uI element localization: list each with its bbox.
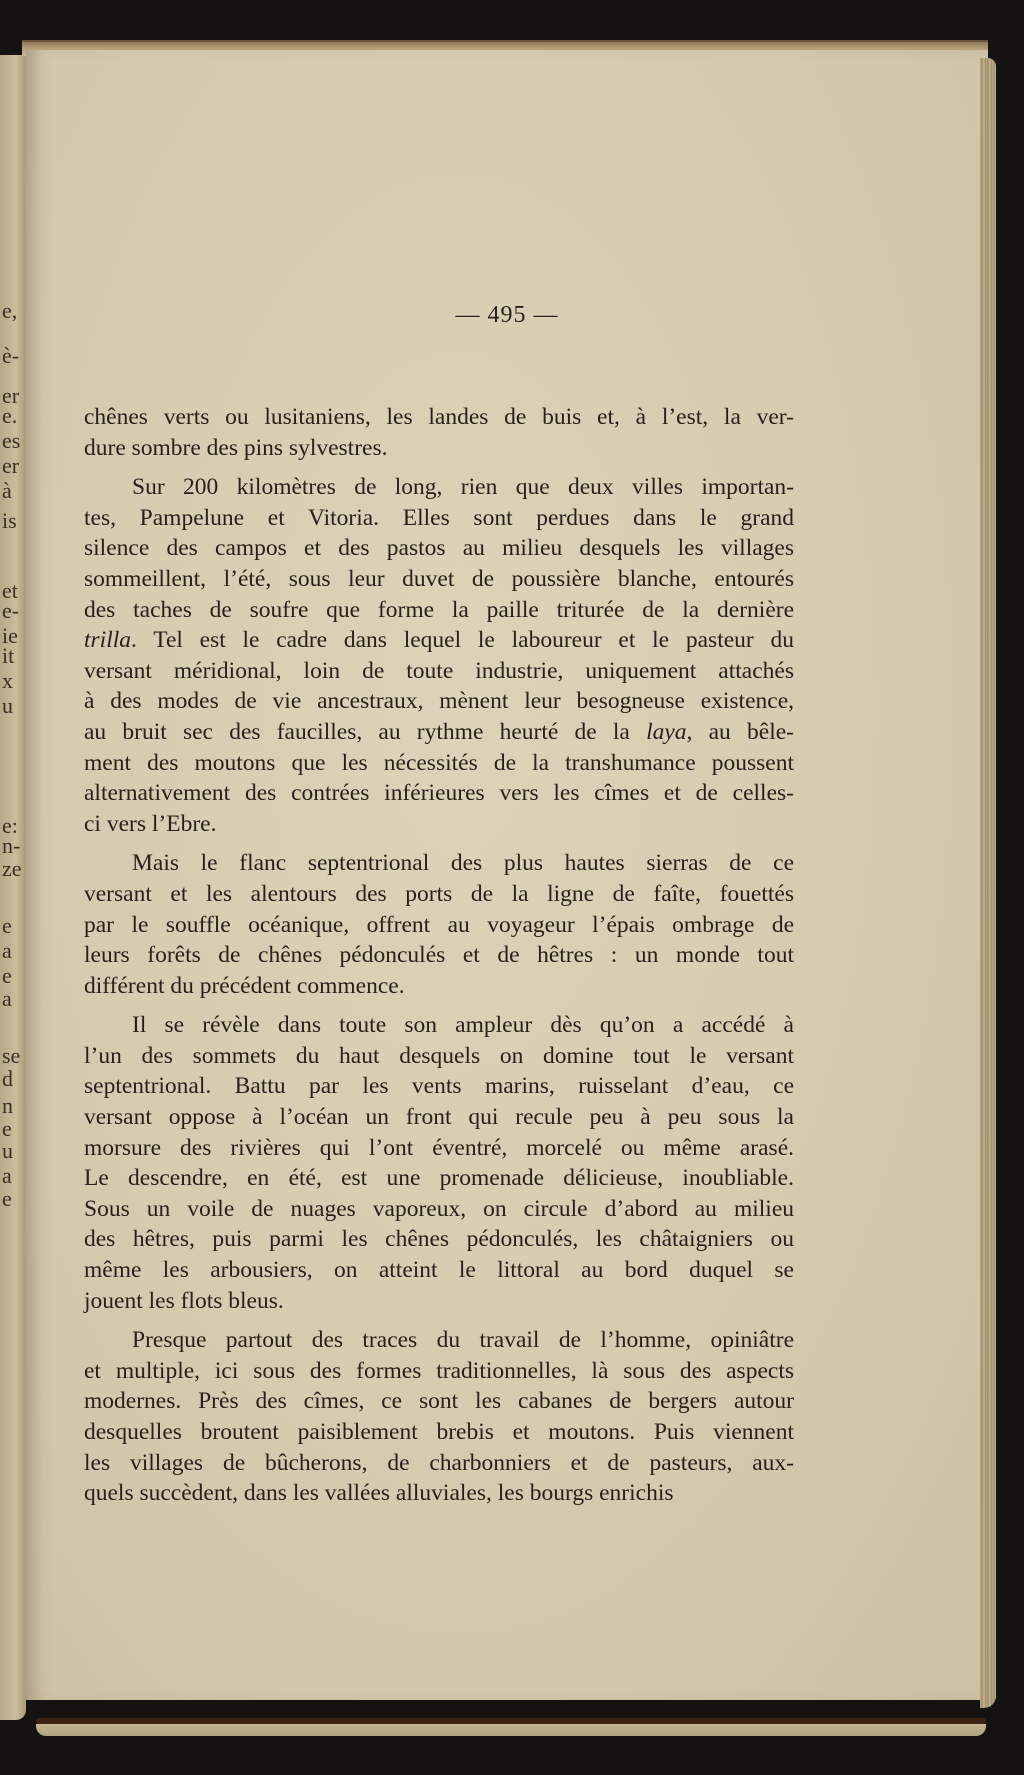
- text-line: morsure des rivières qui l’ont éventré, …: [84, 1133, 794, 1164]
- text-line: chênes verts ou lusitaniens, les landes …: [84, 402, 794, 433]
- text-line: sommeillent, l’été, sous leur duvet de p…: [84, 564, 794, 595]
- paragraph: Il se révèle dans toute son ampleur dès …: [84, 1010, 794, 1316]
- facing-text-fragment: u: [2, 1140, 13, 1162]
- text-line: Sur 200 kilomètres de long, rien que deu…: [84, 472, 794, 503]
- facing-text-fragment: e: [2, 915, 12, 937]
- text-line: à des modes de vie ancestraux, mènent le…: [84, 686, 794, 717]
- text-line: tes, Pampelune et Vitoria. Elles sont pe…: [84, 503, 794, 534]
- text-line: versant oppose à l’océan un front qui re…: [84, 1102, 794, 1133]
- facing-text-fragment: e-: [2, 600, 19, 622]
- text-line: ci vers l’Ebre.: [84, 809, 794, 840]
- facing-text-fragment: u: [2, 695, 13, 717]
- book-page: — 495 — chênes verts ou lusitaniens, les…: [26, 50, 988, 1700]
- facing-text-fragment: is: [2, 510, 17, 532]
- facing-text-fragment: er: [2, 455, 19, 477]
- text-line: différent du précédent commence.: [84, 971, 794, 1002]
- paragraph: chênes verts ou lusitaniens, les landes …: [84, 402, 794, 463]
- facing-text-fragment: e.: [2, 405, 17, 427]
- text-line: Le descendre, en été, est une promenade …: [84, 1163, 794, 1194]
- facing-text-fragment: x: [2, 670, 13, 692]
- paragraph: Mais le flanc septentrional des plus hau…: [84, 848, 794, 1001]
- text-line: même les arbousiers, on atteint le litto…: [84, 1255, 794, 1286]
- facing-text-fragment: n: [2, 1095, 13, 1117]
- text-line: jouent les flots bleus.: [84, 1286, 794, 1317]
- text-line: desquelles broutent paisiblement brebis …: [84, 1417, 794, 1448]
- page-bottom-edge: [36, 1724, 986, 1736]
- text-line: et multiple, ici sous des formes traditi…: [84, 1356, 794, 1387]
- text-line: Mais le flanc septentrional des plus hau…: [84, 848, 794, 879]
- body-text: chênes verts ou lusitaniens, les landes …: [84, 402, 794, 1518]
- text-line: versant méridional, loin de toute indust…: [84, 656, 794, 687]
- text-line: des hêtres, puis parmi les chênes pédonc…: [84, 1224, 794, 1255]
- paragraph: Sur 200 kilomètres de long, rien que deu…: [84, 472, 794, 839]
- facing-text-fragment: se: [2, 1045, 20, 1067]
- text-line: Il se révèle dans toute son ampleur dès …: [84, 1010, 794, 1041]
- text-line: Sous un voile de nuages vaporeux, on cir…: [84, 1194, 794, 1225]
- facing-text-fragment: è-: [2, 345, 19, 367]
- facing-text-fragment: a: [2, 940, 12, 962]
- facing-text-fragment: ze: [2, 858, 22, 880]
- text-line: des taches de soufre que forme la paille…: [84, 595, 794, 626]
- text-line: par le souffle océanique, offrent au voy…: [84, 910, 794, 941]
- page-stack-right-edge: [980, 58, 996, 1708]
- facing-text-fragment: e: [2, 965, 12, 987]
- text-line: quels succèdent, dans les vallées alluvi…: [84, 1478, 794, 1509]
- text-line: septentrional. Battu par les vents marin…: [84, 1071, 794, 1102]
- text-line: modernes. Près des cîmes, ce sont les ca…: [84, 1386, 794, 1417]
- text-line: au bruit sec des faucilles, au rythme he…: [84, 717, 794, 748]
- page-number: — 495 —: [26, 302, 988, 329]
- paragraph: Presque partout des traces du travail de…: [84, 1325, 794, 1509]
- text-line: alternativement des contrées inférieures…: [84, 778, 794, 809]
- facing-text-fragment: d: [2, 1068, 13, 1090]
- facing-text-fragment: a: [2, 1165, 12, 1187]
- text-line: ment des moutons que les nécessités de l…: [84, 748, 794, 779]
- text-line: trilla. Tel est le cadre dans lequel le …: [84, 625, 794, 656]
- facing-text-fragment: à: [2, 480, 12, 502]
- text-line: versant et les alentours des ports de la…: [84, 879, 794, 910]
- text-line: silence des campos et des pastos au mili…: [84, 533, 794, 564]
- facing-page-edge: e,è-ere.eseràisete-ieitxue:n-zeeaeasedne…: [0, 55, 26, 1720]
- text-line: les villages de bûcherons, de charbonnie…: [84, 1448, 794, 1479]
- facing-text-fragment: e,: [2, 300, 17, 322]
- facing-text-fragment: n-: [2, 835, 20, 857]
- text-line: Presque partout des traces du travail de…: [84, 1325, 794, 1356]
- facing-text-fragment: a: [2, 988, 12, 1010]
- facing-text-fragment: e: [2, 1188, 12, 1210]
- text-line: leurs forêts de chênes pédonculés et de …: [84, 940, 794, 971]
- facing-text-fragment: it: [2, 645, 14, 667]
- facing-text-fragment: es: [2, 430, 20, 452]
- text-line: dure sombre des pins sylvestres.: [84, 433, 794, 464]
- text-line: l’un des sommets du haut desquels on dom…: [84, 1041, 794, 1072]
- facing-text-fragment: e: [2, 1118, 12, 1140]
